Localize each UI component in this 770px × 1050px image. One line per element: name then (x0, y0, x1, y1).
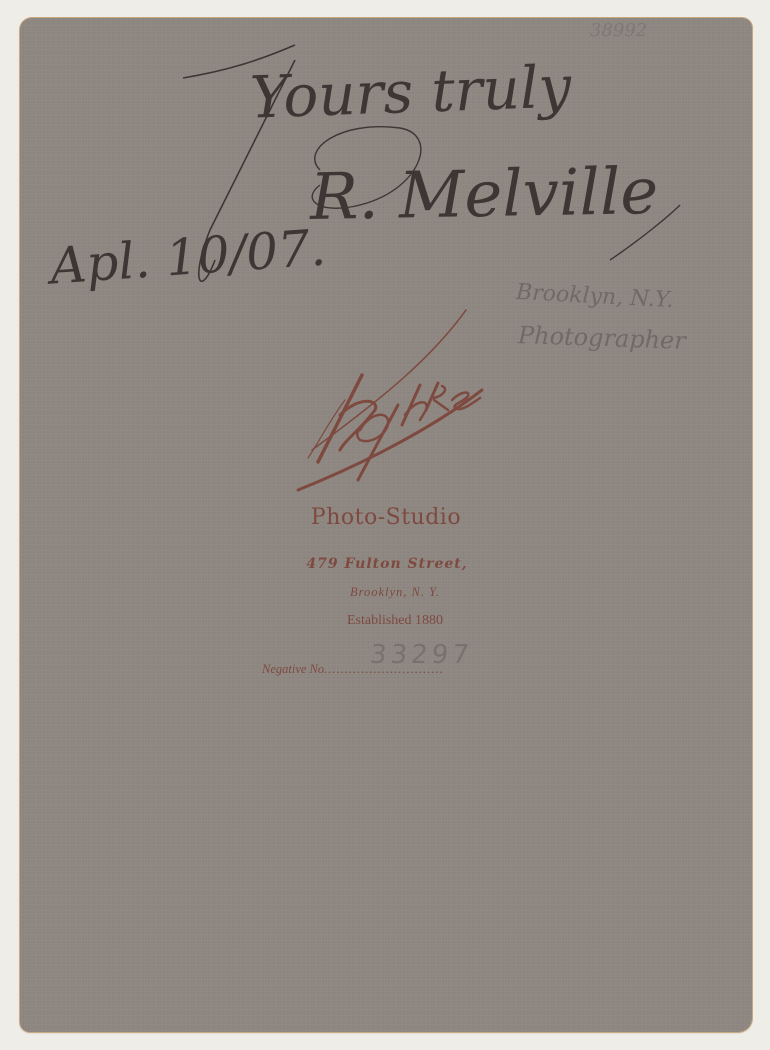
studio-address: 479 Fulton Street, (2, 556, 770, 572)
pencil-occupation-note: Photographer (518, 321, 687, 355)
pencil-catalog-number: 38992 (590, 20, 647, 41)
date-inscription: Apl. 10/07. (48, 218, 327, 295)
svg-text:Kopke: Kopke (0, 0, 3, 1)
pencil-location-note: Brooklyn, N.Y. (515, 280, 674, 313)
established-year: Established 1880 (10, 613, 770, 629)
negative-number-pencil: 33297 (368, 640, 474, 670)
negative-label: Negative No (262, 662, 324, 676)
studio-name: Photo-Studio (1, 505, 770, 530)
closing-inscription: Yours truly (249, 52, 572, 131)
studio-city: Brooklyn, N. Y. (10, 585, 770, 600)
signature: R. Melville (309, 155, 658, 235)
